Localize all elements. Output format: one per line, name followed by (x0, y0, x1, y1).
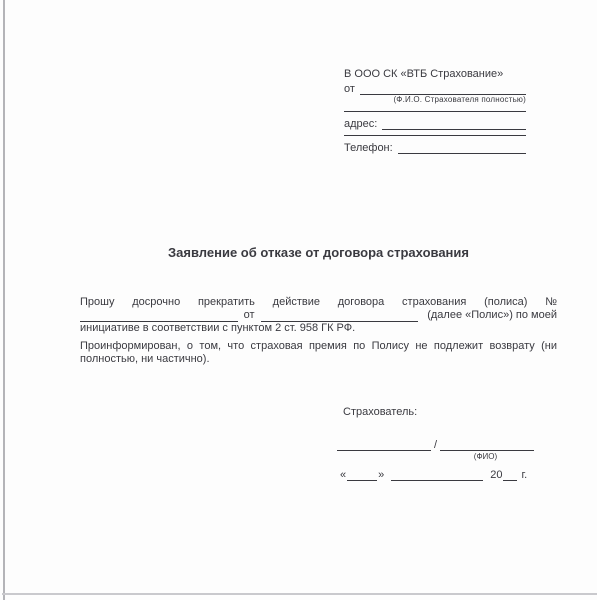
phone-row: Телефон: (344, 142, 526, 154)
year-prefix: 20 (490, 469, 502, 481)
recipient-line: В ООО СК «ВТБ Страхование» (344, 68, 526, 80)
fio-hint: (ФИО) (437, 452, 534, 461)
paragraph-request-line2-tail: (далее «Полис») по моей (427, 309, 557, 322)
date-row: « » 20 г. (340, 469, 527, 481)
document-page: { "page": { "header": { "recipient": "В … (0, 0, 597, 600)
paragraph-informed-line1: Проинформирован, о том, что страховая пр… (80, 340, 557, 353)
document-title: Заявление об отказе от договора страхова… (80, 245, 557, 260)
quote-close: » (378, 469, 384, 481)
signature-slash: / (434, 439, 437, 451)
page-bottom-edge (2, 593, 597, 595)
paragraph-request-line2: от (далее «Полис») по моей (80, 309, 557, 322)
from-row: от (344, 83, 526, 95)
quote-open: « (340, 469, 346, 481)
phone-blank-line (398, 143, 526, 154)
paragraph-request-line1: Прошу досрочно прекратить действие догов… (80, 296, 557, 309)
paragraph-informed: Проинформирован, о том, что страховая пр… (80, 340, 557, 366)
year-blank-line (503, 470, 517, 481)
phone-label: Телефон: (344, 142, 393, 154)
signature-row: / (337, 439, 534, 451)
paragraph-request-line3: инициативе в соответствии с пунктом 2 ст… (80, 322, 557, 335)
insured-label: Страхователь: (343, 406, 417, 418)
paragraph-request: Прошу досрочно прекратить действие догов… (80, 296, 557, 335)
paragraph-informed-line2: полностью, ни частично). (80, 353, 557, 366)
address-continuation-blank-line (344, 125, 526, 136)
year-suffix: г. (522, 469, 528, 481)
from-date-label: от (244, 309, 255, 322)
fio-blank-line (440, 440, 534, 451)
from-label: от (344, 83, 355, 95)
policy-number-blank-line (80, 311, 238, 322)
name-continuation-blank-line (344, 101, 526, 112)
day-blank-line (347, 470, 377, 481)
page-left-edge (3, 0, 5, 600)
from-blank-line (360, 84, 526, 95)
signature-blank-line (337, 440, 431, 451)
month-blank-line (391, 470, 483, 481)
policy-date-blank-line (261, 311, 419, 322)
